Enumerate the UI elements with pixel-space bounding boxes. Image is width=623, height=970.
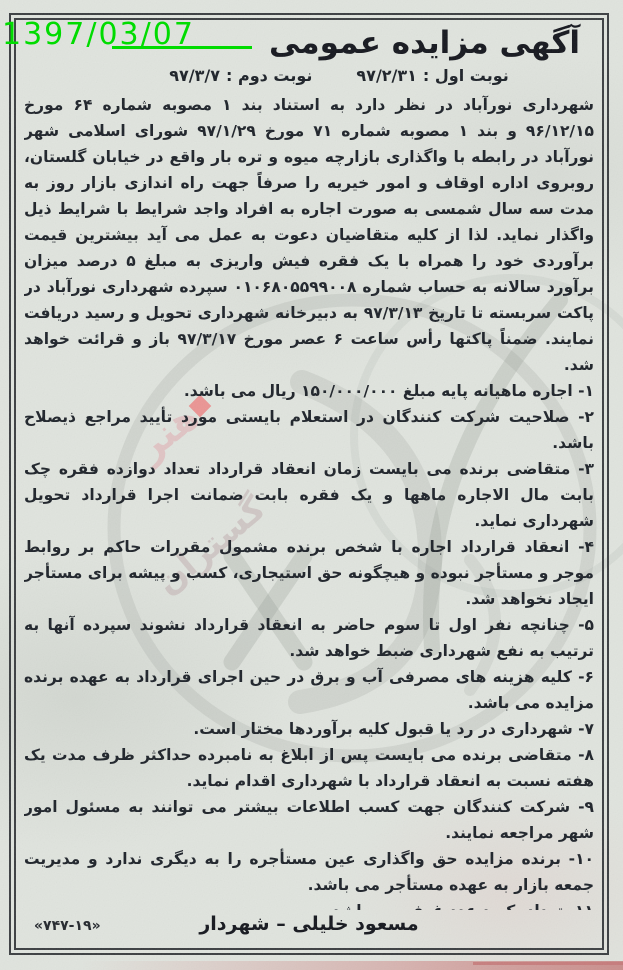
notice-border: آگهی مزایده عمومی نوبت اول : ۹۷/۲/۳۱ نوب…	[9, 13, 609, 955]
notice-inner-border: آگهی مزایده عمومی نوبت اول : ۹۷/۲/۳۱ نوب…	[14, 18, 604, 950]
second-round-label: نوبت دوم :	[226, 66, 312, 85]
notice-item-1: ۱- اجاره ماهیانه پایه مبلغ ۱۵۰/۰۰۰/۰۰۰ ر…	[24, 378, 594, 404]
first-round-label: نوبت اول :	[423, 66, 509, 85]
notice-intro: شهرداری نورآباد در نظر دارد به استناد بن…	[24, 92, 594, 378]
notice-item-5: ۵- چنانچه نفر اول تا سوم حاضر به انعقاد …	[24, 612, 594, 664]
mayor-signature: مسعود خلیلی – شهردار	[26, 913, 592, 935]
notice-item-6: ۶- کلیه هزینه های مصرفی آب و برق در حین …	[24, 664, 594, 716]
second-round-date: ۹۷/۳/۷	[169, 66, 220, 85]
notice-body: شهرداری نورآباد در نظر دارد به استناد بن…	[24, 92, 594, 910]
notice-item-2: ۲- صلاحیت شرکت کنندگان در استعلام بایستی…	[24, 404, 594, 456]
notice-item-10: ۱۰- برنده مزایده حق واگذاری عین مستأجره …	[24, 846, 594, 898]
notice-item-11: ۱۱- تعداد یکصد عدد غرفه می باشد.	[24, 898, 594, 910]
notice-item-4: ۴- انعقاد قرارداد اجاره با شخص برنده مشم…	[24, 534, 594, 612]
notice-content: آگهی مزایده عمومی نوبت اول : ۹۷/۲/۳۱ نوب…	[24, 22, 594, 910]
date-stamp-underline	[112, 46, 252, 49]
notice-item-8: ۸- متقاضی برنده می بایست پس از ابلاغ به …	[24, 742, 594, 794]
scanned-newspaper-page: هنر گستران آگهی مزایده عمومی نوبت اول : …	[0, 0, 623, 970]
notice-item-3: ۳- متقاضی برنده می بایست زمان انعقاد قرا…	[24, 456, 594, 534]
first-round-date: ۹۷/۲/۳۱	[356, 66, 417, 85]
first-round: نوبت اول : ۹۷/۲/۳۱	[356, 66, 508, 85]
publication-rounds: نوبت اول : ۹۷/۲/۳۱ نوبت دوم : ۹۷/۳/۷	[54, 66, 594, 85]
second-round: نوبت دوم : ۹۷/۳/۷	[169, 66, 312, 85]
signature-row: «۷۴۷-۱۹» مسعود خلیلی – شهردار	[26, 913, 592, 943]
notice-item-7: ۷- شهرداری در رد یا قبول کلیه برآوردها م…	[24, 716, 594, 742]
notice-item-9: ۹- شرکت کنندگان جهت کسب اطلاعات بیشتر می…	[24, 794, 594, 846]
bottom-red-line	[473, 962, 623, 965]
